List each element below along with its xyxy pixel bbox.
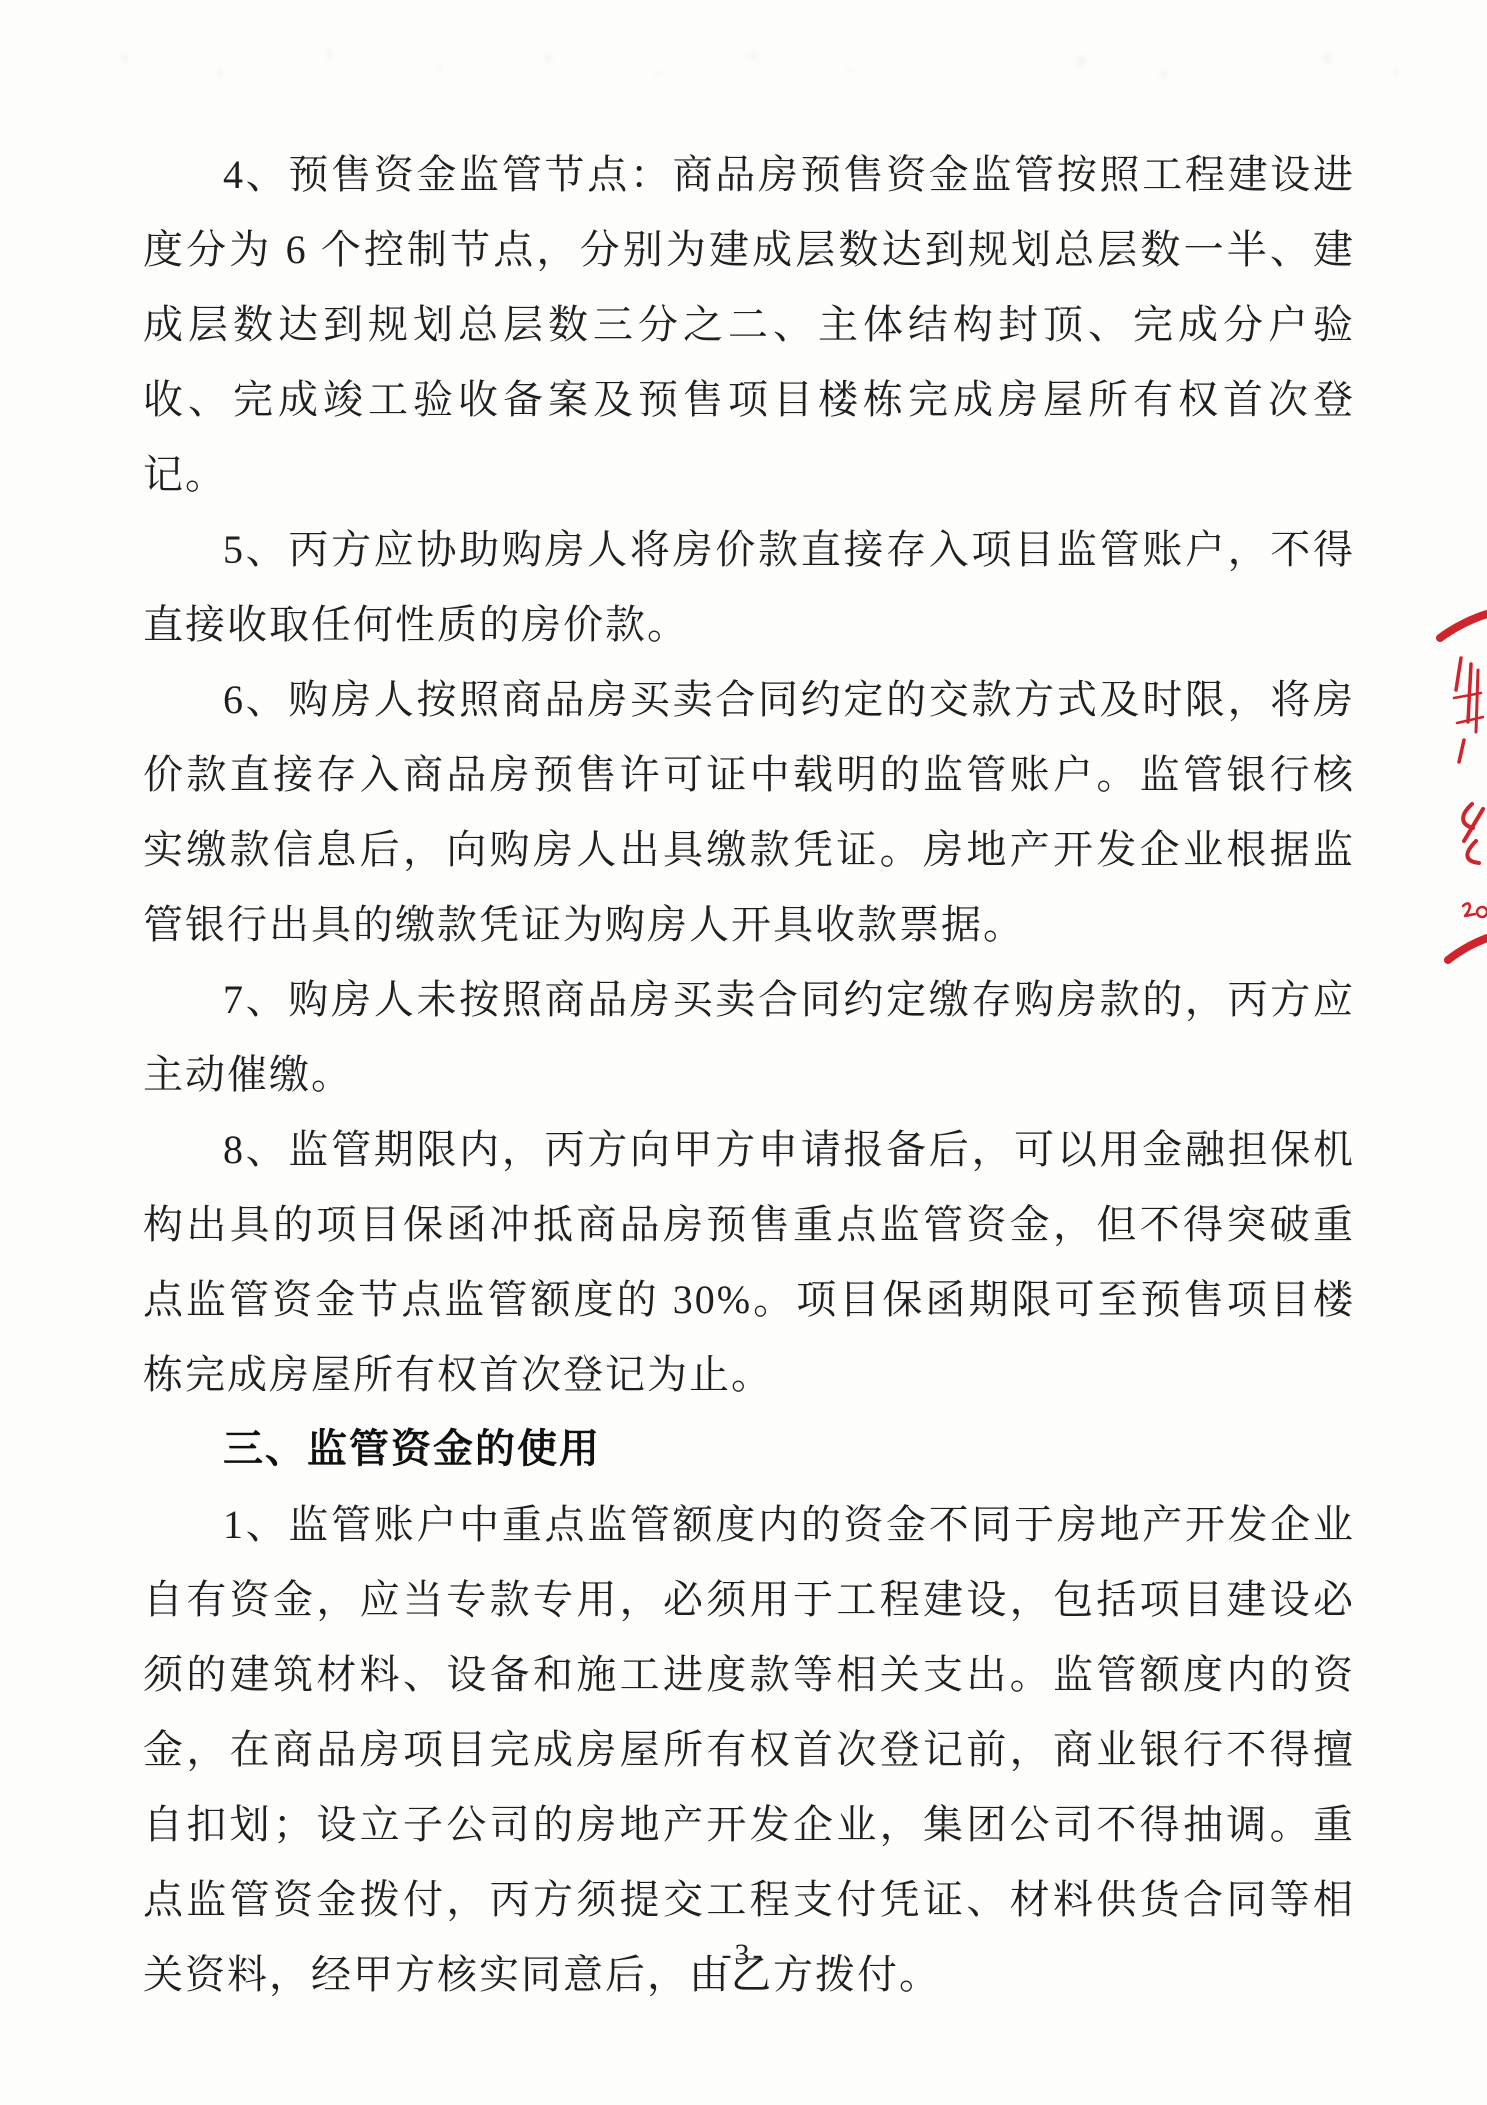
page-number: -3- — [0, 1938, 1487, 1972]
scan-bleed-artifact — [70, 18, 1437, 108]
clause-6-paragraph: 6、购房人按照商品房买卖合同约定的交款方式及时限，将房价款直接存入商品房预售许可… — [143, 662, 1355, 962]
clause-7-paragraph: 7、购房人未按照商品房买卖合同约定缴存购房款的，丙方应主动催缴。 — [143, 962, 1355, 1112]
clause-use-1-paragraph: 1、监管账户中重点监管额度内的资金不同于房地产开发企业自有资金，应当专款专用，必… — [143, 1487, 1355, 2012]
section-heading: 三、监管资金的使用 — [143, 1412, 1355, 1487]
clause-8-paragraph: 8、监管期限内，丙方向甲方申请报备后，可以用金融担保机构出具的项目保函冲抵商品房… — [143, 1112, 1355, 1412]
document-body: 4、预售资金监管节点：商品房预售资金监管按照工程建设进度分为 6 个控制节点，分… — [143, 137, 1355, 2012]
clause-4-paragraph: 4、预售资金监管节点：商品房预售资金监管按照工程建设进度分为 6 个控制节点，分… — [143, 137, 1355, 512]
clause-5-paragraph: 5、丙方应协助购房人将房价款直接存入项目监管账户，不得直接收取任何性质的房价款。 — [143, 512, 1355, 662]
red-stamp-fragment-icon — [1430, 590, 1487, 980]
document-page: 4、预售资金监管节点：商品房预售资金监管按照工程建设进度分为 6 个控制节点，分… — [0, 0, 1487, 2105]
